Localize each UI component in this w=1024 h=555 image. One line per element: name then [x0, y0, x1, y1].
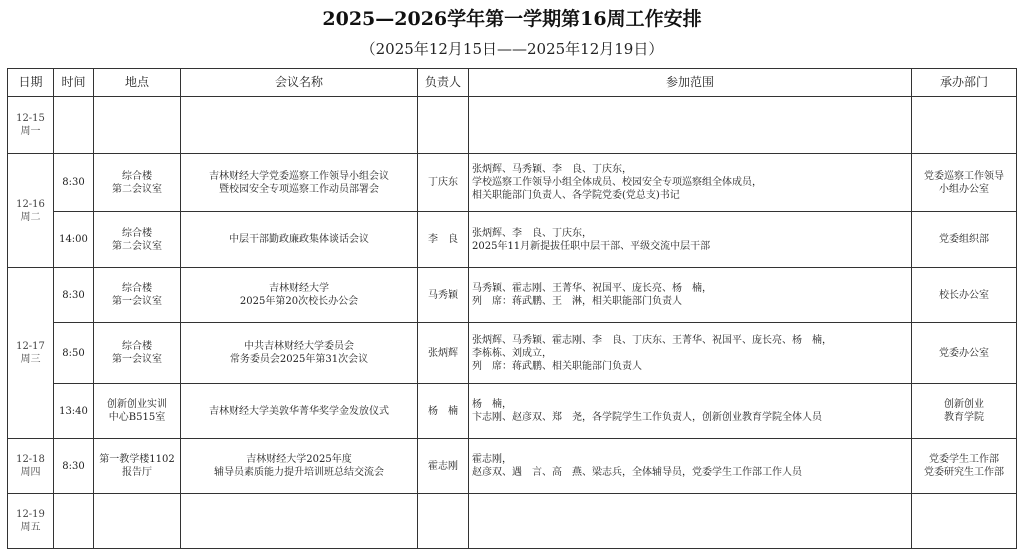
header-attendees: 参加范围	[469, 69, 912, 97]
attendees-cell: 张炳辉、马秀颖、霍志刚、李 良、丁庆东、王菁华、祝国平、庞长亮、杨 楠， 李栋栋…	[469, 323, 912, 384]
attendees-cell: 杨 楠， 卞志刚、赵彦双、郑 尧，各学院学生工作负责人，创新创业教育学院全体人员	[469, 384, 912, 439]
time-cell	[54, 494, 94, 549]
document-title: 2025—2026学年第一学期第16周工作安排	[0, 4, 1024, 31]
date-cell: 12-18 周四	[8, 439, 54, 494]
location-cell	[94, 97, 181, 154]
meeting-cell	[181, 494, 418, 549]
organizer-cell: 党委组织部	[912, 212, 1017, 268]
table-row: 12-18 周四 8:30 第一教学楼1102 报告厅 吉林财经大学2025年度…	[8, 439, 1017, 494]
time-cell: 8:30	[54, 154, 94, 212]
date-cell: 12-17 周三	[8, 268, 54, 439]
organizer-cell: 创新创业 教育学院	[912, 384, 1017, 439]
header-row: 日期 时间 地点 会议名称 负责人 参加范围 承办部门	[8, 69, 1017, 97]
owner-cell: 马秀颖	[418, 268, 469, 323]
location-cell: 综合楼 第一会议室	[94, 268, 181, 323]
date-cell: 12-19 周五	[8, 494, 54, 549]
attendees-cell: 张炳辉、马秀颖、李 良、丁庆东， 学校巡察工作领导小组全体成员、校园安全专项巡察…	[469, 154, 912, 212]
attendees-cell: 马秀颖、霍志刚、王菁华、祝国平、庞长亮、杨 楠， 列 席：蒋武鹏、王 淋，相关职…	[469, 268, 912, 323]
location-cell: 创新创业实训 中心B515室	[94, 384, 181, 439]
time-cell: 8:30	[54, 268, 94, 323]
header-time: 时间	[54, 69, 94, 97]
header-organizer: 承办部门	[912, 69, 1017, 97]
owner-cell	[418, 494, 469, 549]
location-cell: 综合楼 第一会议室	[94, 323, 181, 384]
table-row: 12-19 周五	[8, 494, 1017, 549]
time-cell: 8:50	[54, 323, 94, 384]
organizer-cell: 党委巡察工作领导 小组办公室	[912, 154, 1017, 212]
owner-cell: 杨 楠	[418, 384, 469, 439]
time-cell	[54, 97, 94, 154]
table-row: 12-15 周一	[8, 97, 1017, 154]
header-date: 日期	[8, 69, 54, 97]
owner-cell	[418, 97, 469, 154]
header-owner: 负责人	[418, 69, 469, 97]
owner-cell: 丁庆东	[418, 154, 469, 212]
table-row: 12-17 周三 8:30 综合楼 第一会议室 吉林财经大学 2025年第20次…	[8, 268, 1017, 323]
attendees-cell: 张炳辉、李 良、丁庆东， 2025年11月新提拔任职中层干部、平级交流中层干部	[469, 212, 912, 268]
organizer-cell: 校长办公室	[912, 268, 1017, 323]
schedule-table: 日期 时间 地点 会议名称 负责人 参加范围 承办部门 12-15 周一 12-	[7, 68, 1017, 549]
owner-cell: 张炳辉	[418, 323, 469, 384]
table-row: 14:00 综合楼 第二会议室 中层干部勤政廉政集体谈话会议 李 良 张炳辉、李…	[8, 212, 1017, 268]
meeting-cell	[181, 97, 418, 154]
date-cell: 12-15 周一	[8, 97, 54, 154]
organizer-cell	[912, 494, 1017, 549]
date-cell: 12-16 周二	[8, 154, 54, 268]
organizer-cell	[912, 97, 1017, 154]
meeting-cell: 吉林财经大学 2025年第20次校长办公会	[181, 268, 418, 323]
meeting-cell: 中层干部勤政廉政集体谈话会议	[181, 212, 418, 268]
table-row: 12-16 周二 8:30 综合楼 第二会议室 吉林财经大学党委巡察工作领导小组…	[8, 154, 1017, 212]
attendees-cell: 霍志刚， 赵彦双、遇 言、高 燕、梁志兵，全体辅导员，党委学生工作部工作人员	[469, 439, 912, 494]
meeting-cell: 中共吉林财经大学委员会 常务委员会2025年第31次会议	[181, 323, 418, 384]
owner-cell: 李 良	[418, 212, 469, 268]
table-row: 8:50 综合楼 第一会议室 中共吉林财经大学委员会 常务委员会2025年第31…	[8, 323, 1017, 384]
location-cell	[94, 494, 181, 549]
meeting-cell: 吉林财经大学美敦华菁华奖学金发放仪式	[181, 384, 418, 439]
meeting-cell: 吉林财经大学2025年度 辅导员素质能力提升培训班总结交流会	[181, 439, 418, 494]
organizer-cell: 党委办公室	[912, 323, 1017, 384]
location-cell: 综合楼 第二会议室	[94, 212, 181, 268]
date-range-subtitle: （2025年12月15日——2025年12月19日）	[0, 38, 1024, 59]
header-location: 地点	[94, 69, 181, 97]
attendees-cell	[469, 97, 912, 154]
location-cell: 综合楼 第二会议室	[94, 154, 181, 212]
time-cell: 13:40	[54, 384, 94, 439]
location-cell: 第一教学楼1102 报告厅	[94, 439, 181, 494]
time-cell: 8:30	[54, 439, 94, 494]
table-row: 13:40 创新创业实训 中心B515室 吉林财经大学美敦华菁华奖学金发放仪式 …	[8, 384, 1017, 439]
attendees-cell	[469, 494, 912, 549]
owner-cell: 霍志刚	[418, 439, 469, 494]
time-cell: 14:00	[54, 212, 94, 268]
header-meeting: 会议名称	[181, 69, 418, 97]
organizer-cell: 党委学生工作部 党委研究生工作部	[912, 439, 1017, 494]
meeting-cell: 吉林财经大学党委巡察工作领导小组会议 暨校园安全专项巡察工作动员部署会	[181, 154, 418, 212]
